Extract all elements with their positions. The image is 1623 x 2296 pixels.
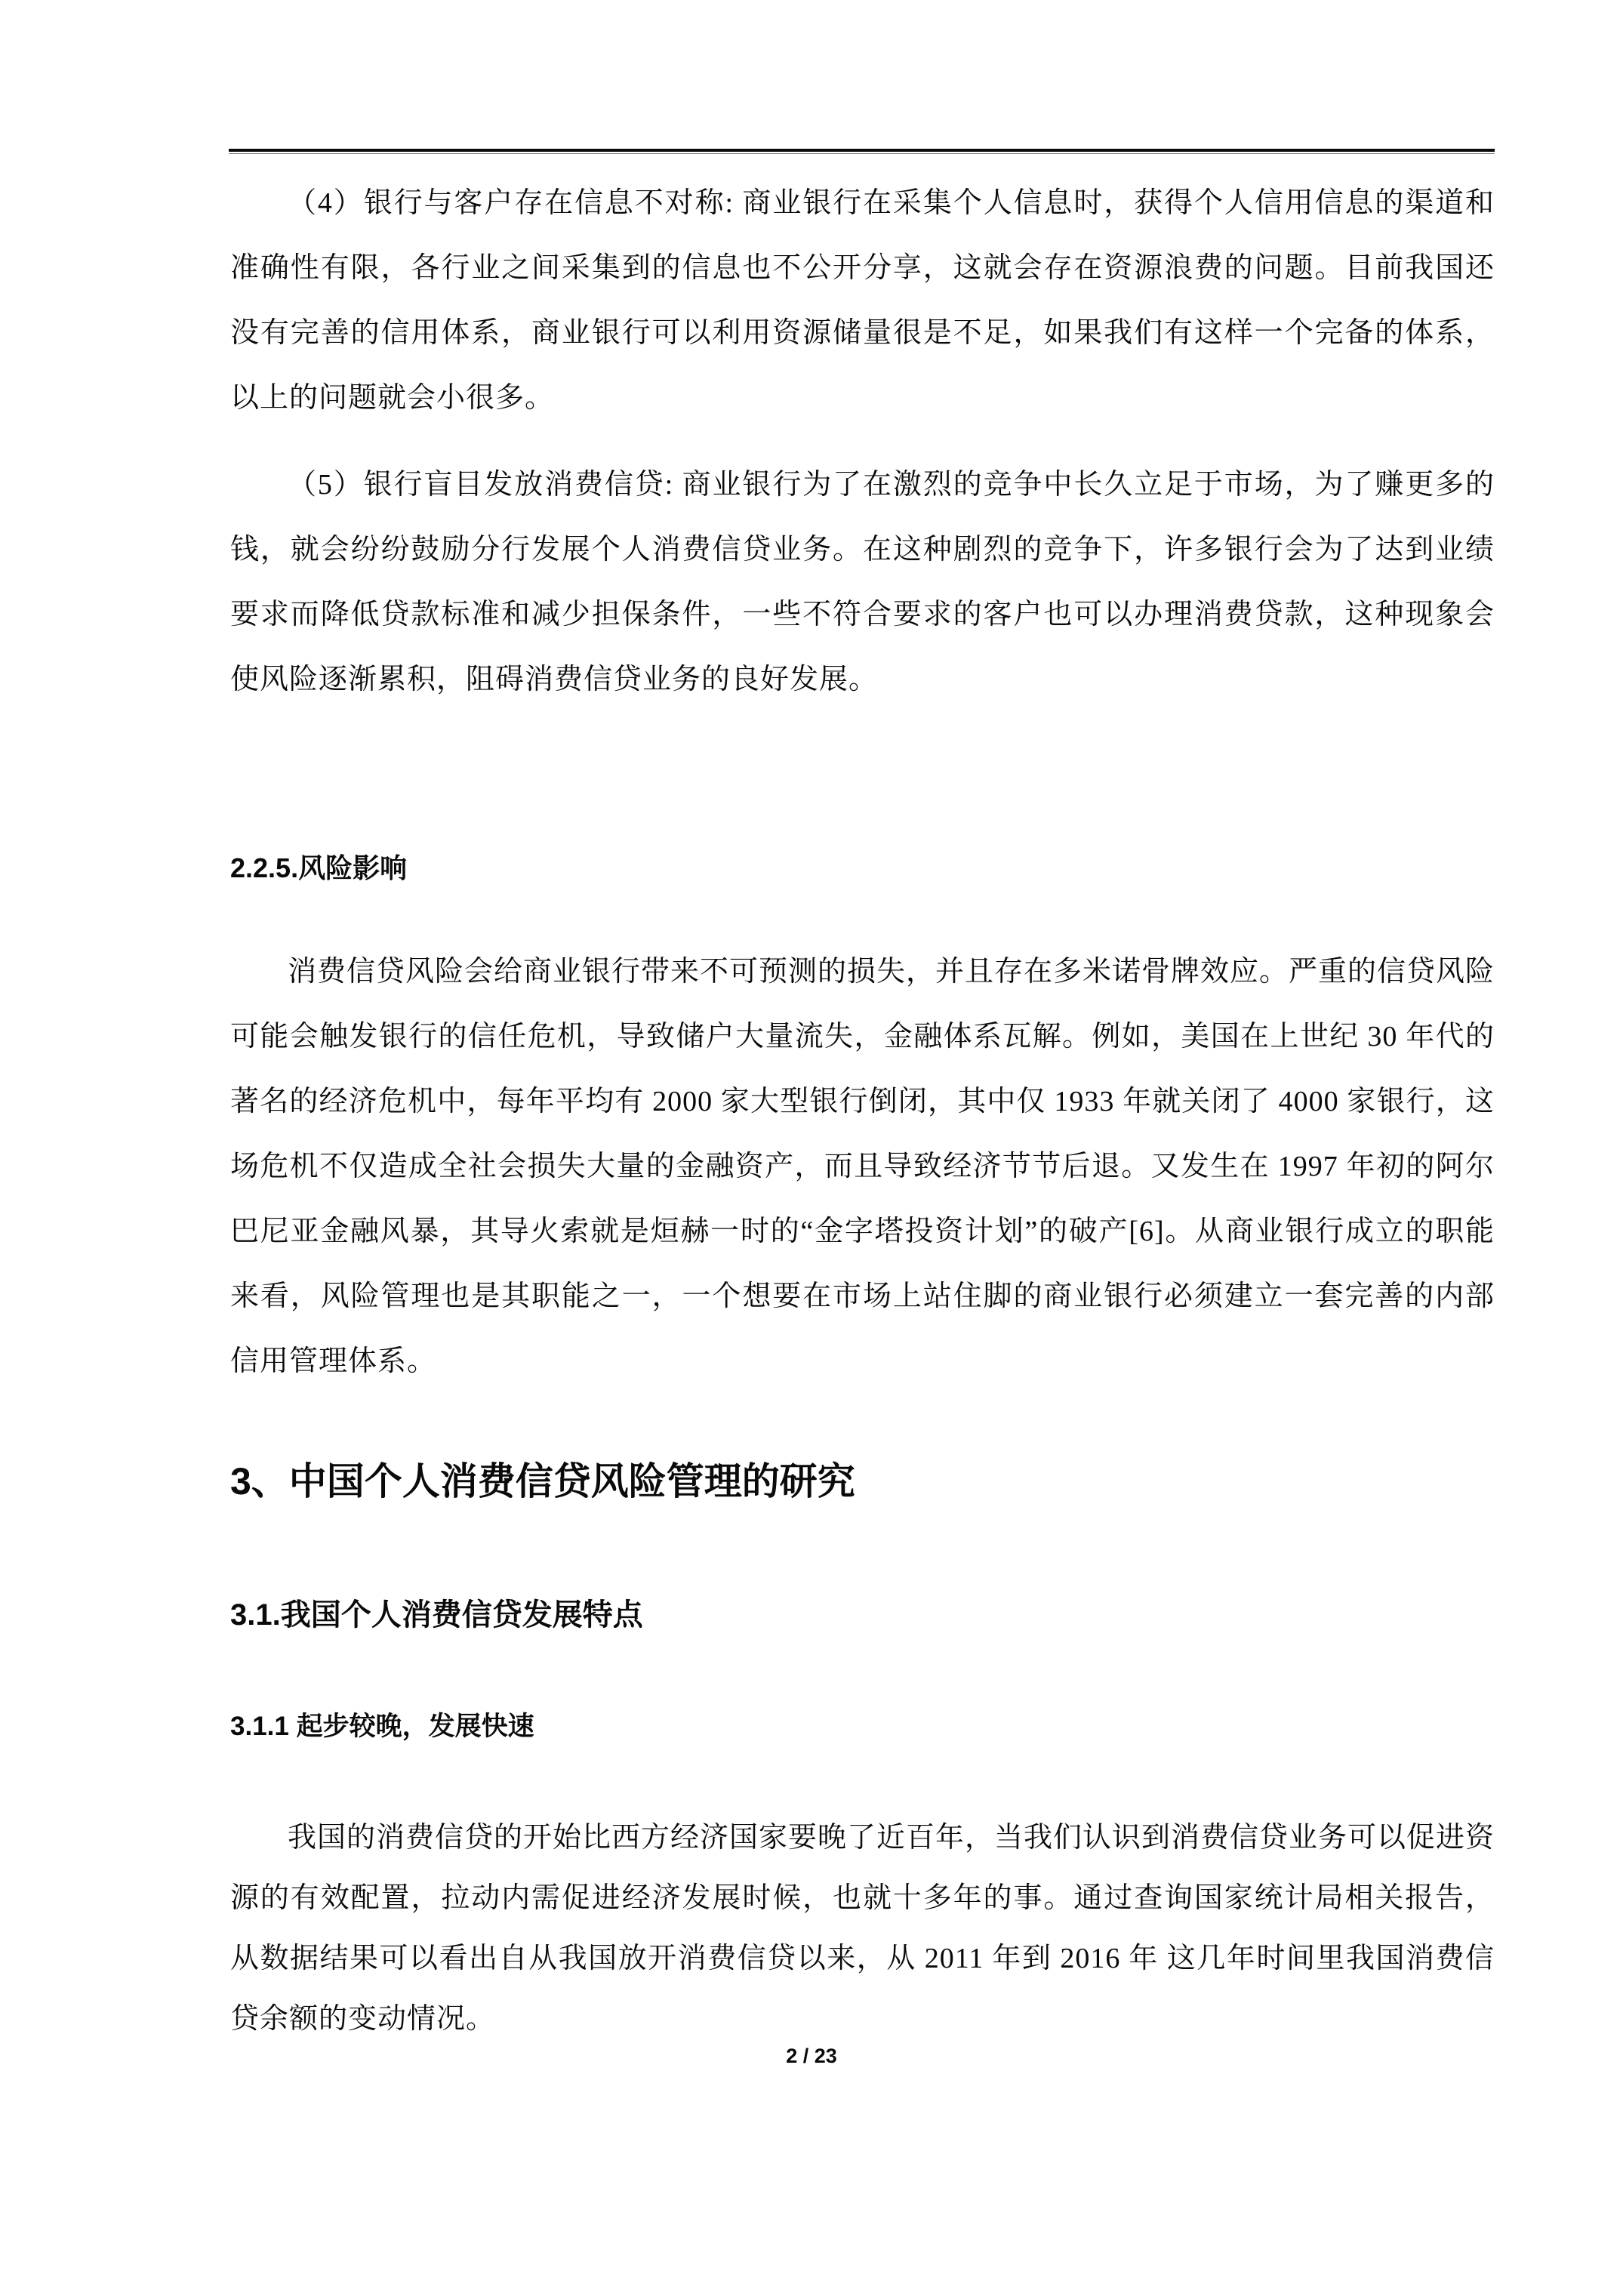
paragraph-development-history: 我国的消费信贷的开始比西方经济国家要晚了近百年，当我们认识到消费信贷业务可以促进…	[230, 1808, 1495, 2049]
heading-chapter-3: 3、中国个人消费信贷风险管理的研究	[230, 1459, 1495, 1504]
paragraph-blind-lending: （5）银行盲目发放消费信贷: 商业银行为了在激烈的竞争中长久立足于市场，为了赚更…	[230, 452, 1495, 712]
page-number: 2 / 23	[786, 2045, 837, 2067]
heading-3-1-1: 3.1.1 起步较晚，发展快速	[230, 1709, 1495, 1744]
page-content: （4）银行与客户存在信息不对称: 商业银行在采集个人信息时，获得个人信用信息的渠…	[230, 0, 1495, 2049]
paragraph-info-asymmetry: （4）银行与客户存在信息不对称: 商业银行在采集个人信息时，获得个人信用信息的渠…	[230, 171, 1495, 430]
paragraph-risk-impact: 消费信贷风险会给商业银行带来不可预测的损失，并且存在多米诺骨牌效应。严重的信贷风…	[230, 939, 1495, 1394]
document-page: （4）银行与客户存在信息不对称: 商业银行在采集个人信息时，获得个人信用信息的渠…	[0, 0, 1623, 2296]
heading-3-1: 3.1.我国个人消费信贷发展特点	[230, 1596, 1495, 1634]
heading-2-2-5-risk-impact: 2.2.5.风险影响	[230, 852, 1495, 885]
page-footer: 2 / 23	[0, 2045, 1623, 2068]
